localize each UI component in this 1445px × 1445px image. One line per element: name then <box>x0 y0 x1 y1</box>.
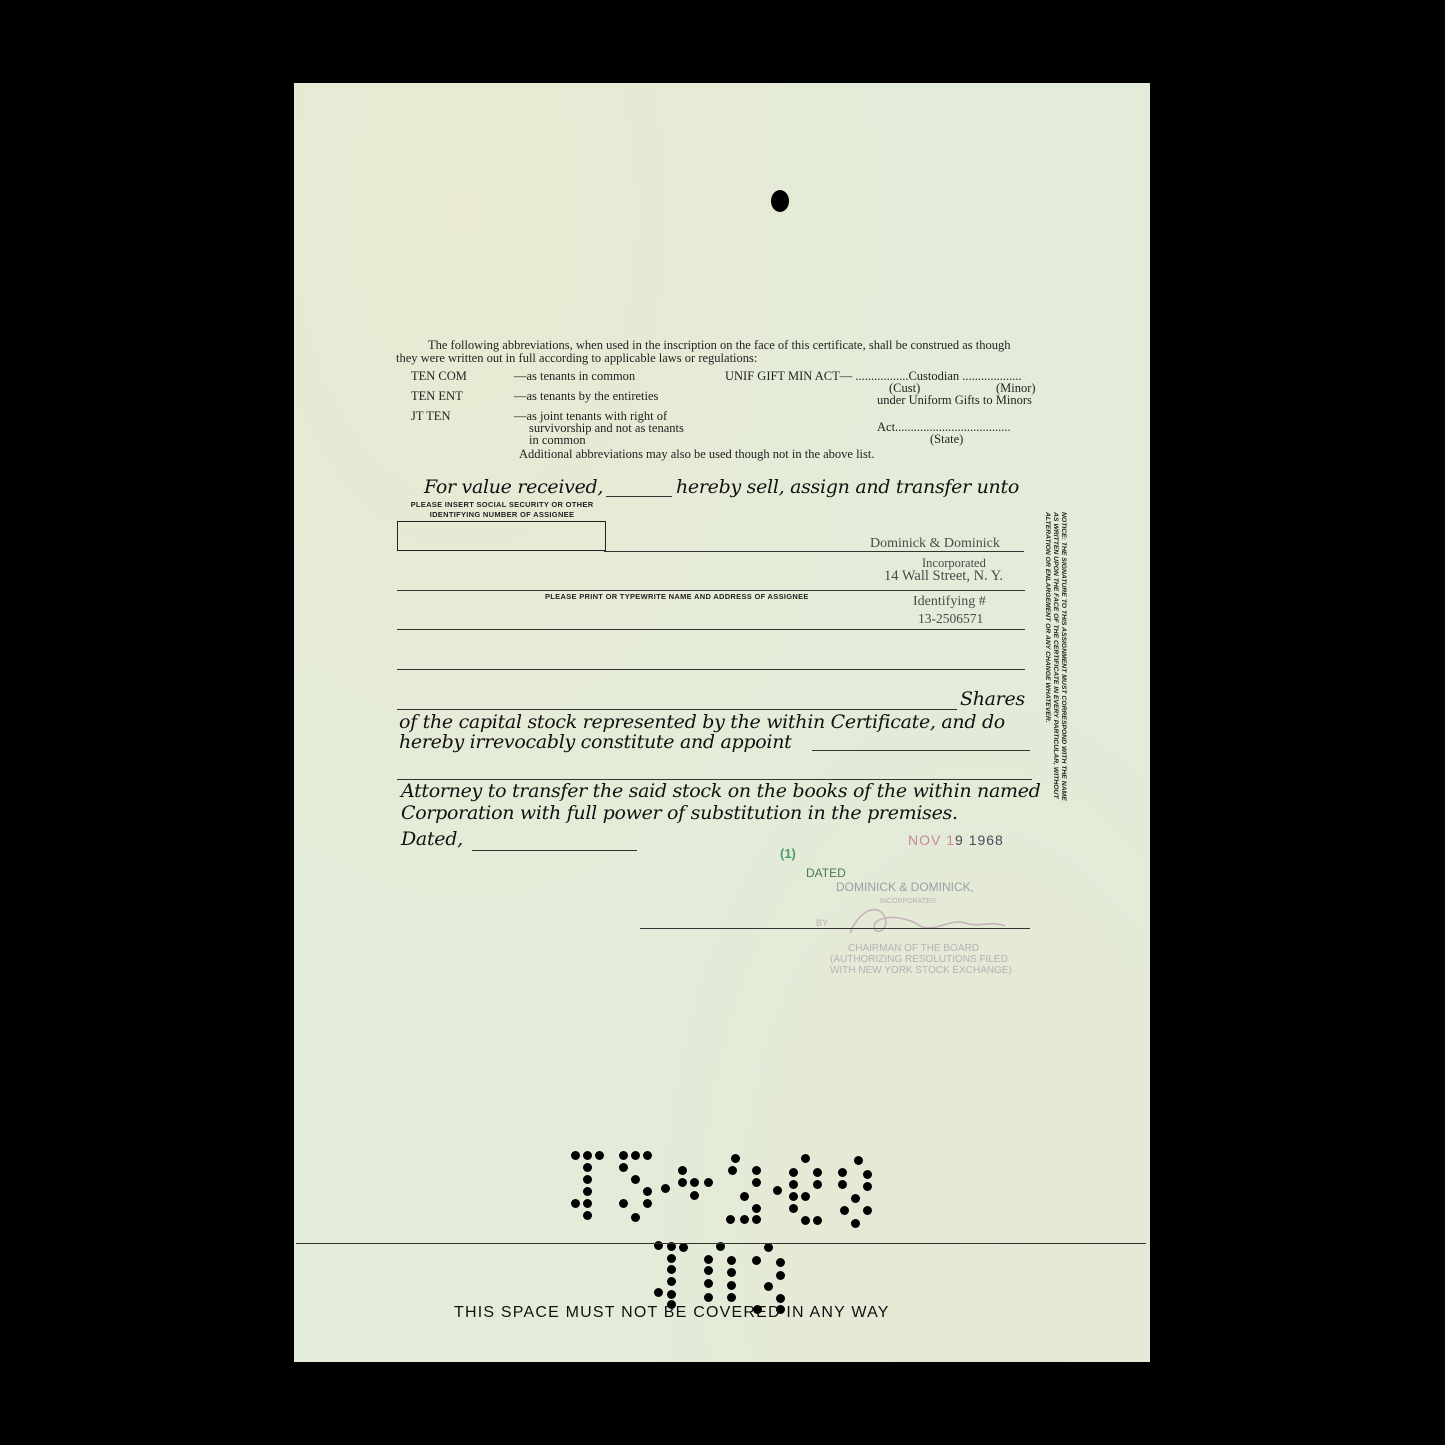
perforation-hole <box>667 1290 676 1299</box>
abbr-meaning-jt-ten-3: in common <box>529 434 586 447</box>
stamp-dated: DATED <box>806 866 846 880</box>
stamp-authority: (AUTHORIZING RESOLUTIONS FILED <box>830 955 1008 965</box>
perforation-hole <box>667 1277 676 1286</box>
shares-count-line <box>397 709 957 710</box>
perforation-hole <box>776 1294 785 1303</box>
abbr-code-ten-ent: TEN ENT <box>411 390 463 403</box>
perforation-hole <box>661 1184 670 1193</box>
perforation-hole <box>571 1151 580 1160</box>
assignee-identifying-label: Identifying # <box>913 594 986 610</box>
assignee-line-2 <box>397 590 1025 591</box>
perforation-hole <box>789 1180 798 1189</box>
uniform-gifts-label: under Uniform Gifts to Minors <box>877 394 1032 407</box>
perforation-hole <box>678 1166 687 1175</box>
perforation-hole <box>728 1166 737 1175</box>
transferor-blank-line <box>606 496 672 497</box>
signature-scrawl <box>840 898 1020 943</box>
perforation-hole <box>776 1271 785 1280</box>
perforation-hole <box>863 1182 872 1191</box>
perforation-hole <box>851 1194 860 1203</box>
abbreviations-intro-line2: they were written out in full according … <box>396 351 757 365</box>
ssn-input-box[interactable] <box>397 521 606 551</box>
perforation-hole <box>678 1178 687 1187</box>
perforation-hole <box>583 1175 592 1184</box>
perforation-hole <box>789 1192 798 1201</box>
date-line <box>472 850 637 851</box>
perforation-hole <box>752 1204 761 1213</box>
perforation-hole <box>631 1213 640 1222</box>
perforation-hole <box>773 1186 782 1195</box>
perforation-hole <box>752 1256 761 1265</box>
abbreviations-intro-line1: The following abbreviations, when used i… <box>428 338 1010 352</box>
perforation-hole <box>583 1211 592 1220</box>
perforation-hole <box>704 1255 713 1264</box>
dated-label: Dated, <box>401 828 463 850</box>
name-address-label: PLEASE PRINT OR TYPEWRITE NAME AND ADDRE… <box>545 592 865 602</box>
perforation-hole <box>776 1258 785 1267</box>
perforation-hole <box>752 1178 761 1187</box>
for-value-received: For value received, <box>424 476 603 498</box>
perforation-hole <box>704 1178 713 1187</box>
perforation-hole <box>690 1191 699 1200</box>
perforation-hole <box>801 1216 810 1225</box>
perforation-hole <box>752 1215 761 1224</box>
assignee-firm: Dominick & Dominick <box>870 536 1000 552</box>
perforation-hole <box>619 1163 628 1172</box>
perforation-hole <box>667 1265 676 1274</box>
perforation-hole <box>727 1293 736 1302</box>
perforation-hole <box>583 1199 592 1208</box>
perforation-hole <box>740 1192 749 1201</box>
irrevocably-appoint-text: hereby irrevocably constitute and appoin… <box>399 731 791 753</box>
perforation-hole <box>583 1151 592 1160</box>
perforation-hole <box>863 1170 872 1179</box>
perforation-hole <box>726 1215 735 1224</box>
corporation-substitution-text: Corporation with full power of substitut… <box>401 802 958 824</box>
stamp-by: BY <box>816 918 828 928</box>
guarantee-date-stamp: NOV 19 1968 <box>908 832 1004 848</box>
perforation-hole <box>704 1279 713 1288</box>
perforation-hole <box>619 1199 628 1208</box>
perforation-hole <box>752 1166 761 1175</box>
perforation-hole <box>704 1266 713 1275</box>
perforation-hole <box>727 1281 736 1290</box>
perforation-hole <box>863 1206 872 1215</box>
abbr-meaning-ten-com: —as tenants in common <box>514 370 635 383</box>
abbr-meaning-ten-ent: —as tenants by the entireties <box>514 390 658 403</box>
unif-gift-min-act: UNIF GIFT MIN ACT— .................Cust… <box>725 370 1022 383</box>
abbr-code-jt-ten: JT TEN <box>411 410 450 423</box>
perforation-hole <box>667 1254 676 1263</box>
attorney-name-line <box>812 750 1030 751</box>
perforation-hole <box>789 1204 798 1213</box>
perforation-hole <box>631 1175 640 1184</box>
assignee-id-number: 13-2506571 <box>918 611 983 627</box>
capital-stock-text: of the capital stock represented by the … <box>399 711 1005 733</box>
assignee-line-3 <box>397 629 1025 630</box>
perforation-hole <box>731 1154 740 1163</box>
additional-abbreviations-note: Additional abbreviations may also be use… <box>519 448 875 461</box>
perforation-hole <box>838 1180 847 1189</box>
signature-notice: NOTICE: THE SIGNATURE TO THIS ASSIGNMENT… <box>1043 512 1067 892</box>
perforation-hole <box>813 1180 822 1189</box>
assignee-address: 14 Wall Street, N. Y. <box>884 568 1003 585</box>
signature-line <box>640 928 1030 929</box>
perforation-hole <box>571 1199 580 1208</box>
perforation-hole <box>740 1215 749 1224</box>
perforation-hole <box>854 1156 863 1165</box>
perforation-hole <box>789 1168 798 1177</box>
perforation-hole <box>764 1282 773 1291</box>
stamp-firm: DOMINICK & DOMINICK, <box>836 882 974 892</box>
punch-hole <box>771 190 789 212</box>
perforation-hole <box>704 1293 713 1302</box>
perforation-hole <box>631 1151 640 1160</box>
perforation-hole <box>654 1288 663 1297</box>
perforation-hole <box>690 1178 699 1187</box>
perforation-hole <box>801 1154 810 1163</box>
ssn-label: PLEASE INSERT SOCIAL SECURITY OR OTHER I… <box>395 500 609 520</box>
cover-warning: THIS SPACE MUST NOT BE COVERED IN ANY WA… <box>454 1304 890 1322</box>
shares-label: Shares <box>960 688 1025 710</box>
perforation-hole <box>764 1243 773 1252</box>
stamp-title: CHAIRMAN OF THE BOARD <box>848 944 979 954</box>
perforation-hole <box>851 1219 860 1228</box>
perforation-hole <box>813 1168 822 1177</box>
perforation-hole <box>619 1151 628 1160</box>
perforation-hole <box>643 1199 652 1208</box>
perforation-hole <box>679 1243 688 1252</box>
perforation-hole <box>583 1163 592 1172</box>
assignee-line-4 <box>397 669 1025 670</box>
attorney-transfer-text: Attorney to transfer the said stock on t… <box>401 780 1041 802</box>
perforation-hole <box>595 1151 604 1160</box>
perforation-hole <box>838 1168 847 1177</box>
state-label: (State) <box>930 433 963 446</box>
perforation-hole <box>643 1187 652 1196</box>
perforation-hole <box>727 1268 736 1277</box>
stamp-exchange: WITH NEW YORK STOCK EXCHANGE) <box>830 966 1012 976</box>
abbr-code-ten-com: TEN COM <box>411 370 467 383</box>
bottom-separator-line <box>296 1243 1146 1244</box>
perforation-hole <box>813 1216 822 1225</box>
perforation-hole <box>583 1187 592 1196</box>
perforation-hole <box>840 1206 849 1215</box>
perforation-hole <box>727 1256 736 1265</box>
perforation-hole <box>643 1151 652 1160</box>
perforation-hole <box>801 1192 810 1201</box>
green-mark: (1) <box>780 846 796 861</box>
hereby-sell-assign: hereby sell, assign and transfer unto <box>676 476 1019 498</box>
